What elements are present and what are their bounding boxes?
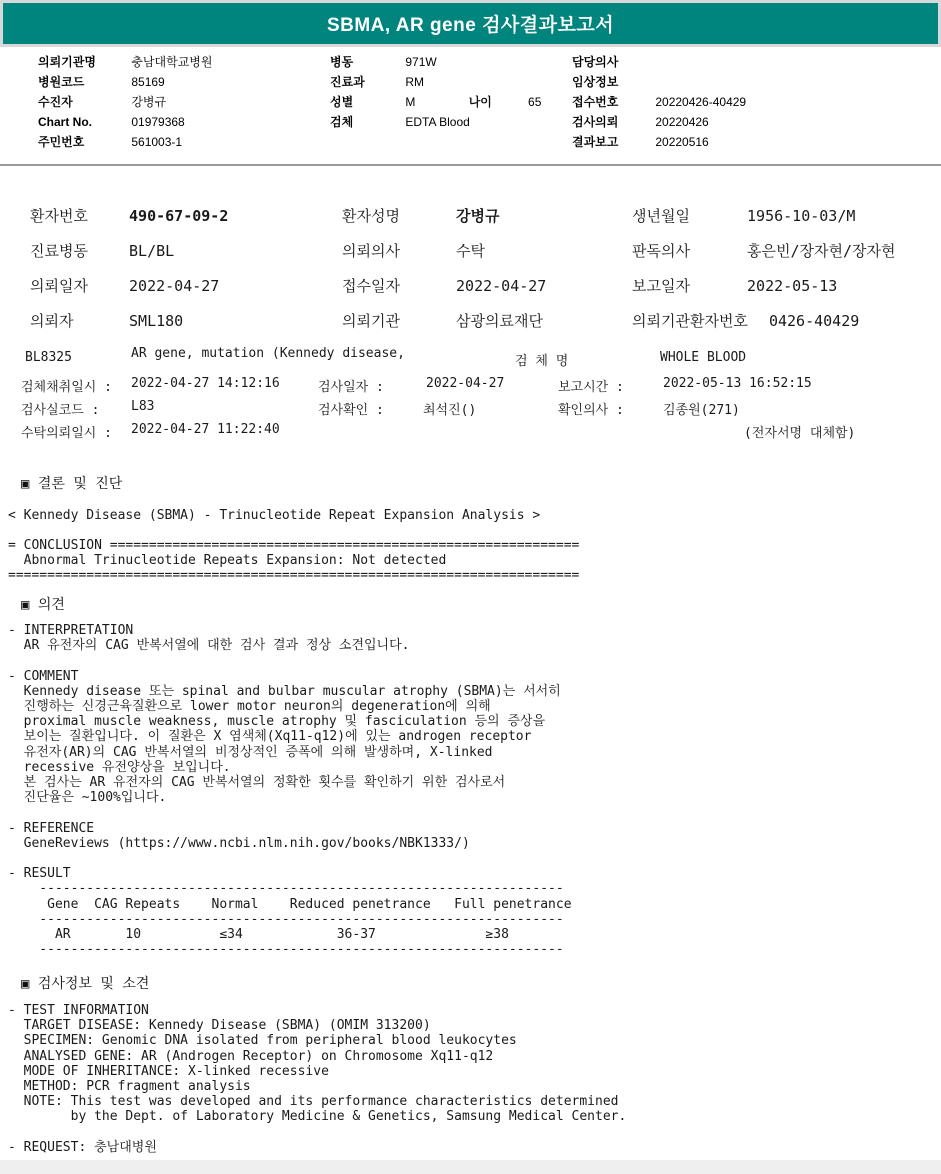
resident-no-value: 561003-1: [131, 135, 182, 149]
sex-value: M: [405, 92, 465, 112]
department-label: 진료과: [330, 72, 402, 92]
patient-id-label: 환자번호: [30, 205, 120, 226]
reported-date-cell: 보고일자 2022-05-13: [632, 275, 837, 296]
report-date-value: 20220516: [655, 135, 708, 149]
requesting-agency-cell: 의뢰기관 삼광의료재단: [342, 310, 543, 331]
analysis-subtitle: < Kennedy Disease (SBMA) - Trinucleotide…: [8, 508, 540, 523]
patient-name-cell: 환자성명 강병규: [342, 205, 500, 226]
care-ward-cell: 진료병동 BL/BL: [30, 240, 174, 261]
reported-date-label: 보고일자: [632, 275, 726, 296]
opinion-heading: ▣ 의견: [21, 594, 65, 614]
section-divider: [0, 164, 941, 166]
reading-doctor-value: 홍은빈/장자현/장자현: [747, 242, 895, 260]
esignature-note: (전자서명 대체함): [744, 422, 855, 441]
receipt-date-value: 2022-04-27: [456, 277, 546, 295]
request-date-value: 2022-04-27: [129, 277, 219, 295]
opinion-text: - INTERPRETATION AR 유전자의 CAG 반복서열에 대한 검사…: [8, 623, 572, 957]
care-ward-label: 진료병동: [30, 240, 120, 261]
consignment-datetime-value: 2022-04-27 11:22:40: [131, 422, 280, 437]
sex-label: 성별: [330, 92, 402, 112]
hospital-code-value: 85169: [131, 75, 164, 89]
resident-no-label: 주민번호: [38, 132, 128, 152]
report-date-row: 결과보고 20220516: [572, 132, 746, 152]
referring-doctor-label: 의뢰의사: [342, 240, 447, 261]
collected-datetime-label: 검체채취일시 :: [21, 376, 112, 395]
confirming-doctor-value: 김종원(271): [663, 399, 740, 418]
specimen-type-label: 검체: [330, 112, 402, 132]
care-ward-value: BL/BL: [129, 242, 174, 260]
requester-label: 의뢰자: [30, 310, 120, 331]
requesting-org-label: 의뢰기관명: [38, 52, 128, 72]
accession-no-label: 접수번호: [572, 92, 652, 112]
report-time-value: 2022-05-13 16:52:15: [663, 376, 812, 391]
patient-name-value: 강병규: [456, 207, 499, 225]
department-row: 진료과 RM: [330, 72, 541, 92]
report-page: SBMA, AR gene 검사결과보고서 의뢰기관명 충남대학교병원 병원코드…: [0, 0, 941, 1174]
footer-bar: [0, 1160, 941, 1174]
examinee-value: 강병규: [131, 95, 166, 109]
requester-cell: 의뢰자 SML180: [30, 310, 183, 331]
reading-doctor-label: 판독의사: [632, 240, 726, 261]
requesting-agency-label: 의뢰기관: [342, 310, 447, 331]
department-value: RM: [405, 75, 424, 89]
agency-patient-no-value: 0426-40429: [769, 312, 859, 330]
requesting-org-row: 의뢰기관명 충남대학교병원: [38, 52, 213, 72]
hospital-code-label: 병원코드: [38, 72, 128, 92]
referring-doctor-cell: 의뢰의사 수탁: [342, 240, 485, 261]
requesting-agency-value: 삼광의료재단: [456, 312, 543, 330]
title-bar: SBMA, AR gene 검사결과보고서: [3, 3, 938, 44]
test-name: AR gene, mutation (Kennedy disease,: [131, 346, 405, 361]
birthdate-value: 1956-10-03/M: [747, 207, 855, 225]
examinee-label: 수진자: [38, 92, 128, 112]
specimen-type-value: EDTA Blood: [405, 115, 469, 129]
ward-label: 병동: [330, 52, 402, 72]
order-date-value: 20220426: [655, 115, 708, 129]
clinical-info-label: 임상정보: [572, 72, 652, 92]
admin-col-middle: 병동 971W 진료과 RM 성별 M 나이 65 검체 EDTA Blood: [330, 52, 541, 132]
request-date-cell: 의뢰일자 2022-04-27: [30, 275, 219, 296]
verifier-label: 검사확인 :: [318, 399, 384, 418]
order-date-label: 검사의뢰: [572, 112, 652, 132]
test-date-label: 검사일자 :: [318, 376, 384, 395]
report-time-label: 보고시간 :: [558, 376, 624, 395]
specimen-type-row: 검체 EDTA Blood: [330, 112, 541, 132]
attending-doctor-label: 담당의사: [572, 52, 652, 72]
receipt-date-label: 접수일자: [342, 275, 447, 296]
age-label: 나이: [469, 92, 525, 112]
ward-value: 971W: [405, 55, 436, 69]
report-date-label: 결과보고: [572, 132, 652, 152]
page-title: SBMA, AR gene 검사결과보고서: [327, 10, 614, 37]
accession-no-value: 20220426-40429: [655, 95, 746, 109]
sex-age-row: 성별 M 나이 65: [330, 92, 541, 112]
lab-code-label: 검사실코드 :: [21, 399, 99, 418]
resident-no-row: 주민번호 561003-1: [38, 132, 213, 152]
title-bar-frame: SBMA, AR gene 검사결과보고서: [0, 0, 941, 47]
hospital-code-row: 병원코드 85169: [38, 72, 213, 92]
requesting-org-value: 충남대학교병원: [131, 55, 212, 69]
collected-datetime-value: 2022-04-27 14:12:16: [131, 376, 280, 391]
birthdate-cell: 생년월일 1956-10-03/M: [632, 205, 855, 226]
requester-value: SML180: [129, 312, 183, 330]
clinical-info-row: 임상정보: [572, 72, 746, 92]
age-value: 65: [528, 95, 541, 109]
ward-row: 병동 971W: [330, 52, 541, 72]
reading-doctor-cell: 판독의사 홍은빈/장자현/장자현: [632, 240, 896, 261]
examinee-row: 수진자 강병규: [38, 92, 213, 112]
test-code: BL8325: [25, 350, 72, 365]
conclusion-text: = CONCLUSION ===========================…: [8, 538, 579, 584]
chart-no-label: Chart No.: [38, 112, 128, 132]
attending-doctor-row: 담당의사: [572, 52, 746, 72]
testinfo-text: - TEST INFORMATION TARGET DISEASE: Kenne…: [8, 1003, 626, 1155]
birthdate-label: 생년월일: [632, 205, 726, 226]
chart-no-value: 01979368: [131, 115, 184, 129]
verifier-value: 최석진(): [423, 399, 476, 418]
chart-no-row: Chart No. 01979368: [38, 112, 213, 132]
receipt-date-cell: 접수일자 2022-04-27: [342, 275, 546, 296]
admin-col-left: 의뢰기관명 충남대학교병원 병원코드 85169 수진자 강병규 Chart N…: [38, 52, 213, 152]
request-date-label: 의뢰일자: [30, 275, 120, 296]
order-date-row: 검사의뢰 20220426: [572, 112, 746, 132]
conclusion-heading: ▣ 결론 및 진단: [21, 473, 122, 493]
patient-id-value: 490-67-09-2: [129, 207, 228, 225]
agency-patient-no-label: 의뢰기관환자번호: [632, 310, 748, 331]
confirming-doctor-label: 확인의사 :: [558, 399, 624, 418]
accession-no-row: 접수번호 20220426-40429: [572, 92, 746, 112]
patient-id-cell: 환자번호 490-67-09-2: [30, 205, 228, 226]
reported-date-value: 2022-05-13: [747, 277, 837, 295]
lab-code-value: L83: [131, 399, 154, 414]
patient-name-label: 환자성명: [342, 205, 447, 226]
test-date-value: 2022-04-27: [426, 376, 504, 391]
referring-doctor-value: 수탁: [456, 242, 485, 260]
specimen-name-label: 검 체 명: [515, 350, 568, 369]
agency-patient-no-cell: 의뢰기관환자번호 0426-40429: [632, 310, 859, 331]
admin-col-right: 담당의사 임상정보 접수번호 20220426-40429 검사의뢰 20220…: [572, 52, 746, 152]
consignment-datetime-label: 수탁의뢰일시 :: [21, 422, 112, 441]
specimen-name-value: WHOLE BLOOD: [660, 350, 746, 365]
testinfo-heading: ▣ 검사정보 및 소견: [21, 973, 149, 993]
